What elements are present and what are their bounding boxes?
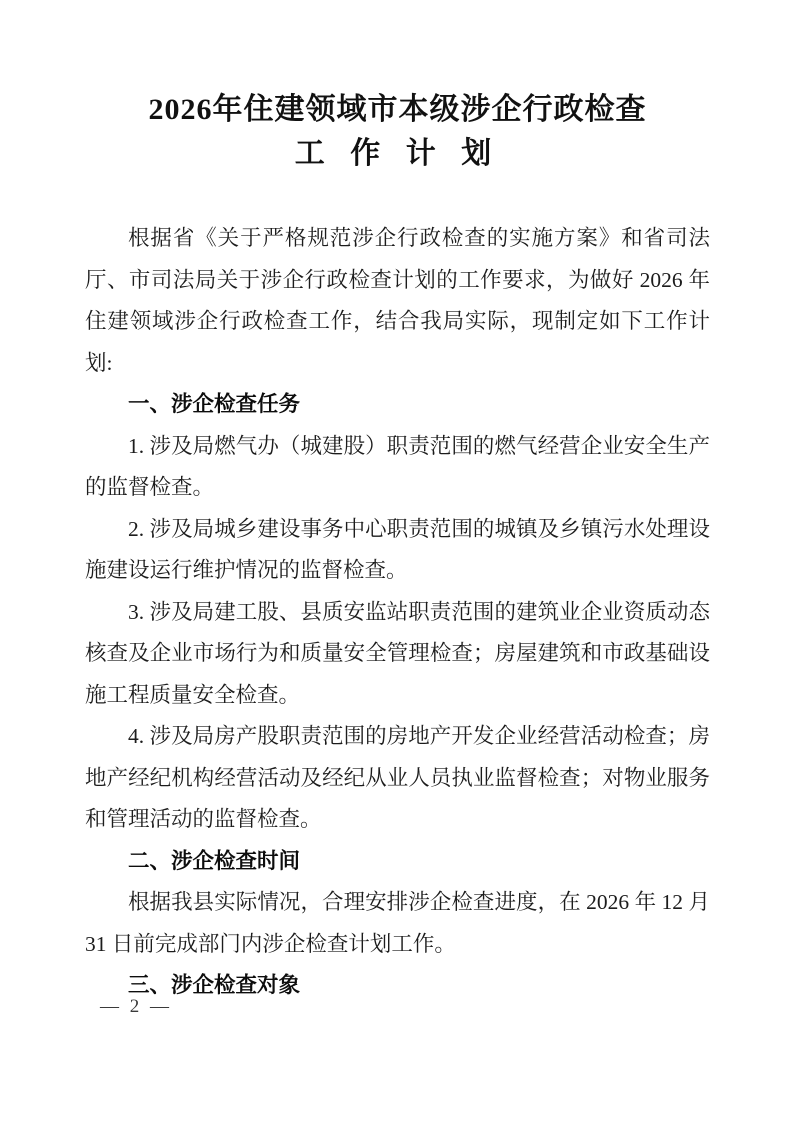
intro-paragraph: 根据省《关于严格规范涉企行政检查的实施方案》和省司法厅、市司法局关于涉企行政检查… — [85, 218, 710, 384]
task-item-4: 4. 涉及局房产股职责范围的房地产开发企业经营活动检查；房地产经纪机构经营活动及… — [85, 716, 710, 841]
document-title: 2026年住建领域市本级涉企行政检查 工 作 计 划 — [85, 88, 710, 176]
section-heading-3: 三、涉企检查对象 — [85, 965, 710, 1007]
task-item-2: 2. 涉及局城乡建设事务中心职责范围的城镇及乡镇污水处理设施建设运行维护情况的监… — [85, 509, 710, 592]
section-heading-2: 二、涉企检查时间 — [85, 841, 710, 883]
time-paragraph: 根据我县实际情况，合理安排涉企检查进度，在 2026 年 12 月 31 日前完… — [85, 882, 710, 965]
document-text: 根据省《关于严格规范涉企行政检查的实施方案》和省司法厅、市司法局关于涉企行政检查… — [85, 218, 710, 1007]
page-number: — 2 — — [100, 996, 172, 1018]
title-line-1: 2026年住建领域市本级涉企行政检查 — [85, 88, 710, 132]
section-heading-1: 一、涉企检查任务 — [85, 384, 710, 426]
document-page: 2026年住建领域市本级涉企行政检查 工 作 计 划 根据省《关于严格规范涉企行… — [0, 0, 793, 1122]
task-item-3: 3. 涉及局建工股、县质安监站职责范围的建筑业企业资质动态核查及企业市场行为和质… — [85, 592, 710, 717]
document-body: 2026年住建领域市本级涉企行政检查 工 作 计 划 根据省《关于严格规范涉企行… — [85, 88, 710, 1007]
task-item-1: 1. 涉及局燃气办（城建股）职责范围的燃气经营企业安全生产的监督检查。 — [85, 426, 710, 509]
title-line-2: 工 作 计 划 — [85, 132, 710, 176]
